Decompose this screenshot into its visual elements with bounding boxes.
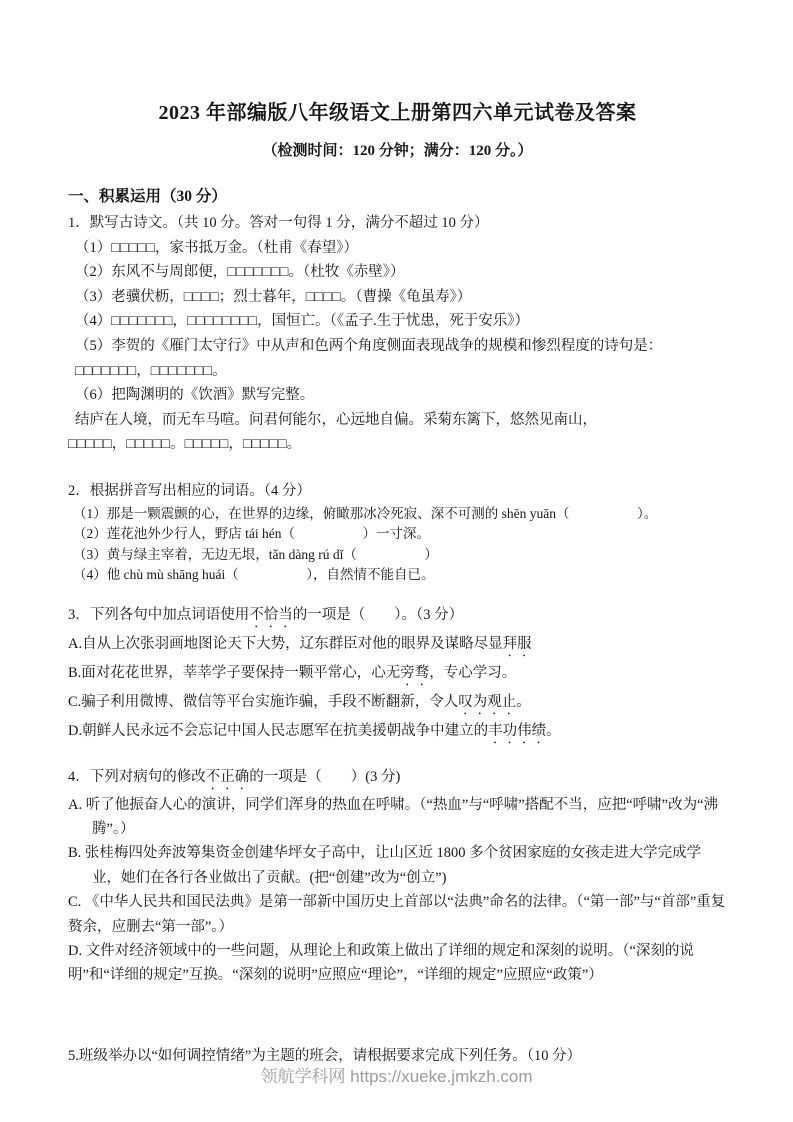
q3-option-c-tail: 。	[516, 694, 531, 710]
q3-option-b-emphasis: 旁骛	[400, 665, 429, 681]
q2-stem: 2．根据拼音写出相应的词语。（4 分）	[68, 479, 727, 504]
q4-stem: 4．下列对病句的修改不正确的一项是（ ）(3 分)	[68, 765, 727, 793]
q4-block: 4．下列对病句的修改不正确的一项是（ ）(3 分) A. 听了他振奋人心的演讲，…	[68, 765, 727, 988]
watermark-footer: 领航学科网 https://xueke.jmkzh.com	[0, 1062, 793, 1087]
q3-option-d-tail: 。	[546, 723, 561, 739]
q1-stem: 1．默写古诗文。（共 10 分。答对一句得 1 分，满分不超过 10 分）	[68, 211, 727, 236]
q2-item-2: （2）莲花池外少行人，野店 tái hén（ ）一寸深。	[68, 524, 727, 545]
q1-item-1: （1）□□□□□，家书抵万金。（杜甫《春望》）	[68, 236, 727, 261]
exam-page: 2023 年部编版八年级语文上册第四六单元试卷及答案 （检测时间：120 分钟；…	[0, 0, 793, 1068]
q4-option-a: A. 听了他振奋人心的演讲，同学们浑身的热血在呼啸。（“热血”与“呼啸”搭配不当…	[68, 793, 727, 842]
q3-stem-emphasis: 不恰当	[249, 607, 293, 623]
q1-poem-line-1: 结庐在人境，而无车马喧。问君何能尔，心远地自偏。采菊东篱下，悠然见南山，	[68, 408, 727, 433]
q1-item-2: （2）东风不与周郎便，□□□□□□□。（杜牧《赤壁》）	[68, 260, 727, 285]
q4-option-b: B. 张桂梅四处奔波筹集资金创建华坪女子高中，让山区近 1800 多个贫困家庭的…	[68, 841, 727, 890]
exam-subtitle: （检测时间：120 分钟；满分：120 分。）	[68, 139, 727, 160]
q1-item-3: （3）老骥伏枥，□□□□；烈士暮年，□□□□。（曹操《龟虽寿》）	[68, 285, 727, 310]
q3-option-c: C.骗子利用微博、微信等平台实施诈骗，手段不断翻新，令人叹为观止。	[68, 689, 727, 718]
q3-stem: 3．下列各句中加点词语使用不恰当的一项是（ ）。（3 分）	[68, 602, 727, 631]
q3-stem-pre: 3．下列各句中加点词语使用	[68, 607, 249, 623]
q2-item-1: （1）那是一颗震颤的心，在世界的边缘，俯瞰那冰冷死寂、深不可测的 shēn yu…	[68, 504, 727, 525]
q4-stem-post: 的一项是（ ）(3 分)	[249, 769, 400, 785]
q2-block: 2．根据拼音写出相应的词语。（4 分） （1）那是一颗震颤的心，在世界的边缘，俯…	[68, 479, 727, 586]
q3-option-b: B.面对花花世界，莘莘学子要保持一颗平常心，心无旁骛，专心学习。	[68, 660, 727, 689]
q3-option-d-text: D.朝鲜人民永远不会忘记中国人民志愿军在抗美援朝战争中建立的	[68, 723, 488, 739]
q2-item-3: （3）黄与绿主宰着，无边无垠，tǎn dàng rú dǐ（ ）	[68, 545, 727, 566]
q3-option-b-tail: ，专心学习。	[429, 665, 516, 681]
q3-stem-post: 的一项是（ ）。（3 分）	[293, 607, 463, 623]
q1-item-6: （6）把陶渊明的《饮酒》默写完整。	[68, 383, 727, 408]
q3-option-a-emphasis: 拜服	[503, 636, 532, 652]
q1-poem-line-2: □□□□□，□□□□□。□□□□□，□□□□□。	[68, 432, 727, 457]
q2-item-4: （4）他 chù mù shāng huái（ ），自然情不能自已。	[68, 565, 727, 586]
q3-option-a-text: A.自从上次张羽画地图论天下大势，辽东群臣对他的眼界及谋略尽显	[68, 636, 503, 652]
section1-heading: 一、积累运用（30 分）	[68, 184, 727, 206]
q3-option-a: A.自从上次张羽画地图论天下大势，辽东群臣对他的眼界及谋略尽显拜服	[68, 631, 727, 660]
q1-item-5: （5）李贺的《雁门太守行》中从声和色两个角度侧面表现战争的规模和惨烈程度的诗句是…	[68, 334, 727, 383]
q3-option-d-emphasis: 丰功伟绩	[488, 723, 546, 739]
q4-option-c: C. 《中华人民共和国民法典》是第一部新中国历史上首部以“法典”命名的法律。（“…	[68, 890, 727, 939]
q3-option-d: D.朝鲜人民永远不会忘记中国人民志愿军在抗美援朝战争中建立的丰功伟绩。	[68, 718, 727, 747]
q4-stem-emphasis: 不正确	[206, 769, 250, 785]
q1-item-4: （4）□□□□□□□，□□□□□□□□，国恒亡。（《孟子.生于忧患，死于安乐》）	[68, 309, 727, 334]
q3-option-c-emphasis: 叹为观止	[458, 694, 516, 710]
q4-stem-pre: 4．下列对病句的修改	[68, 769, 206, 785]
q3-block: 3．下列各句中加点词语使用不恰当的一项是（ ）。（3 分） A.自从上次张羽画地…	[68, 602, 727, 747]
q4-option-d: D. 文件对经济领域中的一些问题，从理论上和政策上做出了详细的规定和深刻的说明。…	[68, 939, 727, 988]
exam-title: 2023 年部编版八年级语文上册第四六单元试卷及答案	[68, 96, 727, 125]
q3-option-b-text: B.面对花花世界，莘莘学子要保持一颗平常心，心无	[68, 665, 400, 681]
q3-option-c-text: C.骗子利用微博、微信等平台实施诈骗，手段不断翻新，令人	[68, 694, 458, 710]
